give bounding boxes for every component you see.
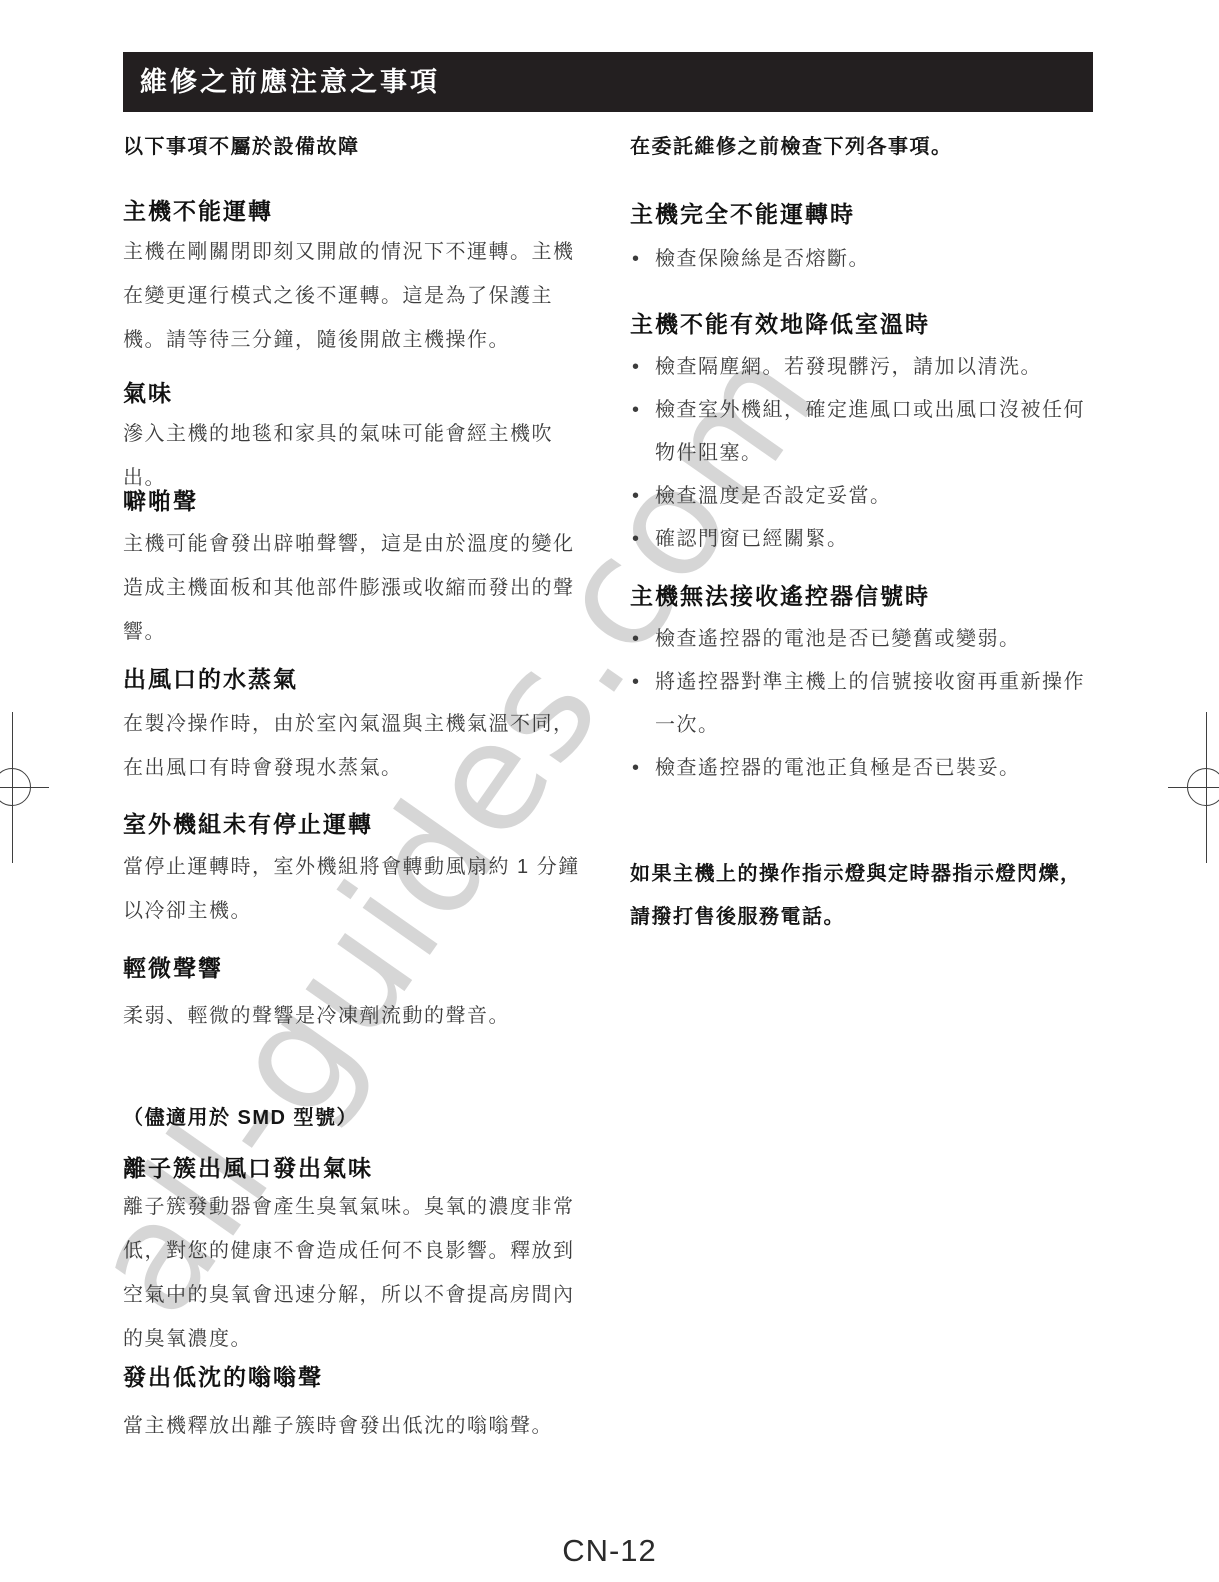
bullet-icon: • [632,346,641,389]
page-title: 維修之前應注意之事項 [123,69,440,96]
left-column: 以下事項不屬於設備故障 主機不能運轉 主機在剛關閉即刻又開啟的情況下不運轉。主機… [123,0,585,1582]
checklist-item: • 檢查遙控器的電池是否已變舊或變弱。 [630,618,1095,661]
checklist-item: • 檢查遙控器的電池正負極是否已裝妥。 [630,747,1095,790]
checklist-item-text: 檢查遙控器的電池是否已變舊或變弱。 [655,628,1021,650]
registration-mark-right-circle [1187,768,1219,806]
checklist-item-text: 檢查保險絲是否熔斷。 [655,248,870,270]
bullet-icon: • [632,238,641,281]
section-header-bar: 維修之前應注意之事項 [123,52,1093,112]
section-heading-ion-odour: 離子簇出風口發出氣味 [123,1153,585,1183]
page-number: CN-12 [0,1533,1219,1569]
section-body: 柔弱、輕微的聲響是冷凍劑流動的聲音。 [123,994,585,1038]
bullet-icon: • [632,389,641,432]
checklist-item-text: 檢查室外機組，確定進風口或出風口沒被任何物件阻塞。 [655,399,1085,464]
section-body: 當停止運轉時，室外機組將會轉動風扇約 1 分鐘以冷卻主機。 [123,845,585,933]
checklist-item-text: 將遙控器對準主機上的信號接收窗再重新操作一次。 [655,671,1085,736]
section-heading-cracking-sound: 噼啪聲 [123,486,585,516]
service-warning: 如果主機上的操作指示燈與定時器指示燈閃爍，請撥打售後服務電話。 [630,853,1095,939]
checklist-item-text: 檢查溫度是否設定妥當。 [655,485,892,507]
bullet-icon: • [632,661,641,704]
bullet-icon: • [632,518,641,561]
check-heading-not-operate-at-all: 主機完全不能運轉時 [630,199,1095,229]
left-intro: 以下事項不屬於設備故障 [123,133,585,161]
checklist-item: • 檢查隔塵網。若發現髒污，請加以清洗。 [630,346,1095,389]
section-body: 在製冷操作時，由於室內氣溫與主機氣溫不同，在出風口有時會發現水蒸氣。 [123,702,585,790]
smd-model-note: （儘適用於 SMD 型號） [123,1104,585,1132]
checklist-item-text: 確認門窗已經關緊。 [655,528,849,550]
section-body: 當主機釋放出離子簇時會發出低沈的嗡嗡聲。 [123,1404,585,1448]
checklist-item-text: 檢查隔塵網。若發現髒污，請加以清洗。 [655,356,1042,378]
bullet-icon: • [632,475,641,518]
right-intro: 在委託維修之前檢查下列各事項。 [630,133,1095,161]
check-heading-not-cooling: 主機不能有效地降低室溫時 [630,309,1095,339]
checklist-item-text: 檢查遙控器的電池正負極是否已裝妥。 [655,757,1021,779]
section-heading-mist: 出風口的水蒸氣 [123,664,585,694]
checklist: • 檢查遙控器的電池是否已變舊或變弱。 • 將遙控器對準主機上的信號接收窗再重新… [630,618,1095,790]
section-body: 主機可能會發出辟啪聲響，這是由於溫度的變化造成主機面板和其他部件膨漲或收縮而發出… [123,522,585,654]
checklist-item: • 檢查保險絲是否熔斷。 [630,238,1095,281]
bullet-icon: • [632,618,641,661]
section-heading-faint-sound: 輕微聲響 [123,953,585,983]
right-column: 在委託維修之前檢查下列各事項。 主機完全不能運轉時 • 檢查保險絲是否熔斷。 主… [630,0,1095,1582]
manual-page: all-guides.com 維修之前應注意之事項 以下事項不屬於設備故障 主機… [0,0,1219,1582]
check-heading-remote-signal: 主機無法接收遙控器信號時 [630,581,1095,611]
bullet-icon: • [632,747,641,790]
section-heading-outdoor-unit: 室外機組未有停止運轉 [123,809,585,839]
section-heading-unit-not-operating: 主機不能運轉 [123,196,585,226]
section-body: 主機在剛關閉即刻又開啟的情況下不運轉。主機在變更運行模式之後不運轉。這是為了保護… [123,230,585,362]
section-heading-odour: 氣味 [123,378,585,408]
checklist: • 檢查保險絲是否熔斷。 [630,238,1095,281]
section-heading-humming-sound: 發出低沈的嗡嗡聲 [123,1362,585,1392]
checklist-item: • 將遙控器對準主機上的信號接收窗再重新操作一次。 [630,661,1095,747]
registration-mark-left-circle [0,768,31,806]
checklist-item: • 確認門窗已經關緊。 [630,518,1095,561]
section-body: 離子簇發動器會產生臭氧氣味。臭氧的濃度非常低，對您的健康不會造成任何不良影響。釋… [123,1185,585,1361]
checklist: • 檢查隔塵網。若發現髒污，請加以清洗。 • 檢查室外機組，確定進風口或出風口沒… [630,346,1095,561]
checklist-item: • 檢查溫度是否設定妥當。 [630,475,1095,518]
checklist-item: • 檢查室外機組，確定進風口或出風口沒被任何物件阻塞。 [630,389,1095,475]
